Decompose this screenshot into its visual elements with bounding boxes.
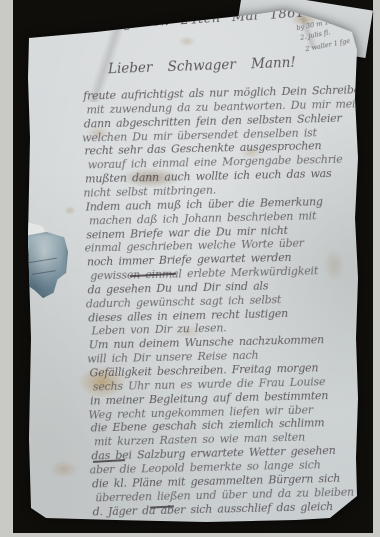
letter-body: freute aufrichtigst als nur möglich Dein… [19,1,365,526]
paper-shadow-wrap: Lüttkeburg den 24ten Mai 1861 by 30 m 18… [0,0,380,537]
letter-paper: Lüttkeburg den 24ten Mai 1861 by 30 m 18… [26,8,360,526]
letter-photograph: Lüttkeburg den 24ten Mai 1861 by 30 m 18… [0,0,380,537]
